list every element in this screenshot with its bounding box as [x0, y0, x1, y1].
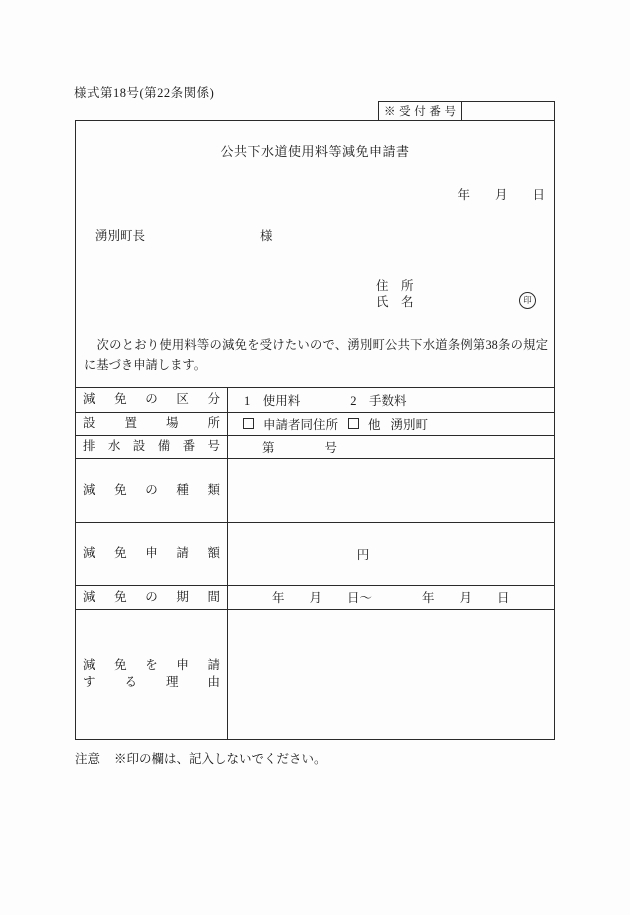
date-field: 年 月 日 — [457, 185, 545, 203]
receipt-number-value — [462, 101, 555, 121]
checkbox-other-location — [348, 418, 359, 429]
addressee-honorific: 様 — [260, 226, 273, 244]
location-options: 申請者同住所 他 湧別町 — [228, 415, 554, 433]
detail-table: 減免の区分 1 使用料 2 手数料 設置場所 申請者同住所 他 湧別町 — [76, 387, 554, 740]
footer-note-label: 注意 — [75, 749, 100, 767]
option-label-other: 他 — [368, 415, 381, 433]
row-label-location: 設置場所 — [76, 415, 227, 432]
row-label-exemption-type: 減免の種類 — [76, 482, 227, 499]
form-title: 公共下水道使用料等減免申請書 — [76, 141, 554, 160]
addressee-name: 湧別町長 — [95, 226, 145, 244]
row-label-drainage-number: 排水設備番号 — [76, 438, 227, 455]
seal-icon: 印 — [519, 292, 536, 309]
form-code: 様式第18号(第22条関係) — [74, 83, 214, 101]
footer-note-text: ※印の欄は、記入しないでください。 — [114, 749, 327, 767]
table-row-exemption-amount: 減免申請額 円 — [76, 522, 554, 585]
row-label-exemption-reason-line1: 減免を申請 — [76, 657, 227, 674]
application-form-box: 公共下水道使用料等減免申請書 年 月 日 湧別町長 様 住 所 氏 名 印 次の… — [75, 120, 555, 740]
table-row-exemption-reason: 減免を申請 する理由 — [76, 609, 554, 739]
form-page: 様式第18号(第22条関係) ※受付番号 公共下水道使用料等減免申請書 年 月 … — [0, 0, 630, 915]
table-row-category: 減免の区分 1 使用料 2 手数料 — [76, 387, 554, 412]
exemption-period-field: 年 月 日～ 年 月 日 — [228, 588, 554, 606]
checkbox-applicant-same-address — [243, 418, 254, 429]
drainage-number-field: 第 号 — [228, 438, 554, 456]
row-label-exemption-amount: 減免申請額 — [76, 545, 227, 562]
option-label-same-address: 申請者同住所 — [263, 415, 338, 433]
application-statement: 次のとおり使用料等の減免を受けたいので、湧別町公共下水道条例第38条の規定に基づ… — [84, 335, 548, 375]
row-label-exemption-reason-line2: する理由 — [76, 674, 227, 691]
footer-note: 注意 ※印の欄は、記入しないでください。 — [75, 749, 327, 767]
receipt-number-box: ※受付番号 — [378, 101, 555, 121]
category-options: 1 使用料 2 手数料 — [228, 391, 554, 409]
table-row-exemption-type: 減免の種類 — [76, 458, 554, 522]
row-label-category: 減免の区分 — [76, 391, 227, 408]
exemption-amount-field: 円 — [228, 545, 554, 563]
row-label-exemption-period: 減免の期間 — [76, 589, 227, 606]
applicant-block: 住 所 氏 名 — [376, 279, 414, 310]
table-row-location: 設置場所 申請者同住所 他 湧別町 — [76, 412, 554, 435]
table-row-drainage-number: 排水設備番号 第 号 — [76, 435, 554, 458]
table-row-exemption-period: 減免の期間 年 月 日～ 年 月 日 — [76, 585, 554, 609]
town-name: 湧別町 — [391, 415, 429, 433]
receipt-number-label: ※受付番号 — [378, 101, 462, 121]
name-label: 氏 名 — [376, 295, 414, 311]
address-label: 住 所 — [376, 279, 414, 295]
